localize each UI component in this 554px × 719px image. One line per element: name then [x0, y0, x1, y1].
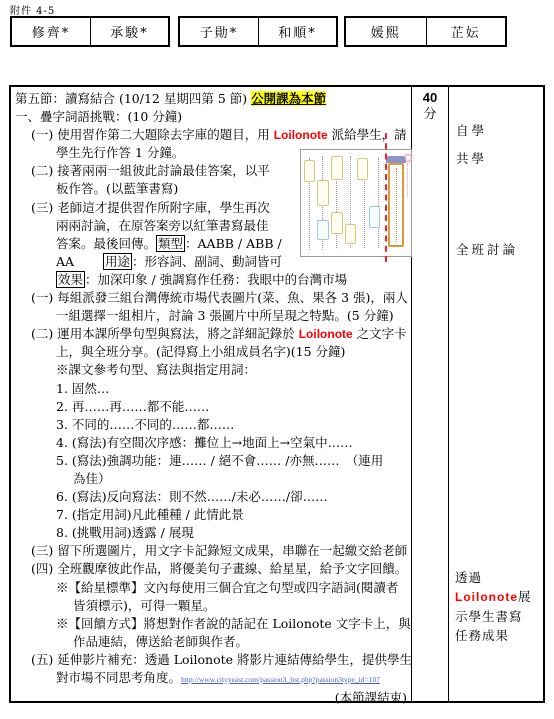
text-segment: (五) 延伸影片補充：透過 Loilonote 將影片連結傳給學生，提供學生 — [31, 652, 412, 667]
text-segment: 1. 固然… — [56, 381, 109, 396]
text-segment: 對市場不同思考角度。 — [56, 670, 181, 685]
text-segment: 7. (指定用詞)凡此種種 / 此情此景 — [56, 507, 244, 522]
boxed-term: 用途 — [103, 253, 132, 270]
text-segment: (二) 運用本課所學句型與寫法，將之詳細記錄於 — [31, 326, 299, 341]
loilonote-display-note: 透過 Loilonote展示學生書寫任務成果 — [455, 568, 535, 645]
text-segment: 2. 再……再……都不能…… — [56, 399, 209, 414]
worksheet-answer-box — [357, 158, 368, 180]
approval-box-group-3: 媛熙 芷妘 — [344, 16, 507, 47]
content-line: (五) 延伸影片補充：透過 Loilonote 將影片連結傳給學生，提供學生 — [11, 651, 411, 669]
worksheet-highlight-column — [388, 163, 404, 247]
text-segment: ：AABB / ABB / — [185, 236, 282, 251]
approval-box: 子勛* — [180, 18, 258, 45]
content-line: 5. (寫法)強調功能：連…… / 絕不會…… /亦無…… （連用 — [11, 452, 411, 470]
text-segment: (本節課結束) — [335, 690, 407, 705]
worksheet-column-text — [396, 168, 397, 242]
content-line: (三) 留下所選圖片，用文字卡記錄短文成果，串聯在一起繳交給老師 — [11, 542, 411, 560]
duration-cell: 40 分 — [412, 87, 449, 701]
content-line: 4. (寫法)有空間次序感：攤位上→地面上→空氣中…… — [11, 434, 411, 452]
text-segment: 一、疊字詞語挑戰：(10 分鐘) — [15, 109, 182, 124]
text-segment: (三) 留下所選圖片，用文字卡記錄短文成果，串聯在一起繳交給老師 — [31, 543, 407, 558]
content-line: 3. 不同的……不同的……都…… — [11, 416, 411, 434]
mode-co-learning: 共學 — [456, 149, 487, 167]
note-prefix: 透過 — [455, 570, 482, 585]
approval-box: 和順* — [258, 18, 336, 45]
content-line: 6. (寫法)反向寫法：則不然……/未必……/卻…… — [11, 488, 411, 506]
worksheet-answer-box — [331, 156, 343, 180]
brand-text: Loilonote — [299, 327, 353, 341]
red-dashed-guide-line — [385, 133, 387, 262]
content-line: 8. (挑戰用詞)透露 / 展現 — [11, 524, 411, 542]
text-segment: 3. 不同的……不同的……都…… — [56, 417, 234, 432]
lesson-plan-table: 第五節：讀寫結合 (10/12 星期四第 5 節) 公開課為本節一、疊字詞語挑戰… — [9, 85, 545, 703]
content-line: (本節課結束) — [11, 689, 411, 707]
text-segment: ：加深印象 / 強調寫作任務：我眼中的台灣市場 — [85, 272, 347, 287]
content-line: (一) 每組派發三組台灣傳統市場代表圖片(菜、魚、果各 3 張)，兩人 — [11, 289, 411, 307]
mode-self-learning: 自學 — [456, 121, 487, 139]
text-segment: (一) 使用習作第二大題除去字庫的題目，用 — [31, 127, 274, 142]
worksheet-answer-box-blue — [369, 206, 380, 228]
worksheet-text-column — [378, 158, 379, 248]
worksheet-answer-box — [304, 160, 315, 182]
content-line: 2. 再……再……都不能…… — [11, 398, 411, 416]
pink-annotation-mark — [404, 154, 412, 162]
video-resource-link[interactable]: http://www.cityyeast.com/passion3_list.p… — [181, 675, 380, 684]
content-line: 一組選擇一組相片，討論 3 張圖片中所呈現之特點。(5 分鐘) — [11, 307, 411, 325]
content-line: 上，與全班分享。(記得寫上小組成員名字)(15 分鐘) — [11, 343, 411, 361]
duration-value: 40 — [412, 89, 448, 106]
attachment-label: 附件 4-5 — [10, 2, 55, 17]
boxed-term: 效果 — [56, 271, 85, 288]
content-line: 一、疊字詞語挑戰：(10 分鐘) — [11, 108, 411, 126]
content-line: 為佳） — [11, 470, 411, 488]
text-segment: 作品連結，傳送給老師與作者。 — [73, 634, 248, 649]
brand-text: Loilonote — [274, 128, 328, 142]
content-line: ※【回饋方式】將想對作者說的話記在 Loilonote 文字卡上，與 — [11, 615, 411, 633]
text-segment: 兩兩討論，在原答案旁以紅筆書寫最佳 — [56, 218, 269, 233]
text-segment: (三) 老師這才提供習作所附字庫，學生再次 — [31, 200, 270, 215]
text-segment: 一組選擇一組相片，討論 3 張圖片中所呈現之特點。(5 分鐘) — [56, 308, 394, 323]
content-line: 對市場不同思考角度。http://www.cityyeast.com/passi… — [11, 669, 411, 689]
text-segment: (一) 每組派發三組台灣傳統市場代表圖片(菜、魚、果各 3 張)，兩人 — [31, 290, 408, 305]
text-segment: 派給學生，請 — [328, 127, 407, 142]
content-line: 效果：加深印象 / 強調寫作任務：我眼中的台灣市場 — [11, 271, 411, 289]
text-segment: ：形容詞、副詞、動詞皆可 — [132, 254, 282, 269]
content-line: (一) 使用習作第二大題除去字庫的題目，用 Loilonote 派給學生，請 — [11, 126, 411, 144]
approval-box: 媛熙 — [346, 18, 426, 45]
duration-unit: 分 — [412, 106, 448, 123]
text-segment: 之文字卡 — [353, 326, 407, 341]
approval-box: 承駿* — [90, 18, 168, 45]
content-line: 第五節：讀寫結合 (10/12 星期四第 5 節) 公開課為本節 — [11, 90, 411, 108]
text-segment: ※【回饋方式】將想對作者說的話記在 Loilonote 文字卡上，與 — [56, 616, 411, 631]
approval-box-group-2: 子勛* 和順* — [178, 16, 338, 47]
text-segment: 答案。最後回傳。 — [56, 236, 156, 251]
pink-annotation-text — [407, 163, 408, 197]
worksheet-answer-box — [331, 212, 343, 234]
worksheet-answer-box — [317, 180, 329, 206]
text-segment: 8. (挑戰用詞)透露 / 展現 — [56, 525, 194, 540]
text-segment: ※【給星標準】文內每使用三個合宜之句型或四字語詞(閱讀者 — [56, 580, 398, 595]
mode-class-discussion: 全班討論 — [456, 240, 518, 258]
text-segment: 上，與全班分享。(記得寫上小組成員名字)(15 分鐘) — [56, 344, 345, 359]
text-segment: (二) 接著兩兩一組彼此討論最佳答案，以平 — [31, 163, 270, 178]
boxed-term: 類型 — [156, 235, 185, 252]
text-segment: 為佳） — [73, 471, 111, 486]
brand-text: Loilonote — [455, 590, 518, 604]
content-line: 7. (指定用詞)凡此種種 / 此情此景 — [11, 506, 411, 524]
approval-box: 芷妘 — [426, 18, 506, 45]
content-line: (二) 運用本課所學句型與寫法，將之詳細記錄於 Loilonote 之文字卡 — [11, 325, 411, 343]
content-line: ※【給星標準】文內每使用三個合宜之句型或四字語詞(閱讀者 — [11, 579, 411, 597]
content-line: 1. 固然… — [11, 380, 411, 398]
worksheet-thumbnail-image — [300, 149, 412, 257]
content-line: 作品連結，傳送給老師與作者。 — [11, 633, 411, 651]
text-segment: 5. (寫法)強調功能：連…… / 絕不會…… /亦無…… （連用 — [56, 453, 383, 468]
content-line: ※課文參考句型、寫法與指定用詞： — [11, 361, 411, 379]
text-segment: (四) 全班觀摩彼此作品，將優美句子畫線、給星星，給予文字回饋。 — [31, 561, 407, 576]
text-segment: 6. (寫法)反向寫法：則不然……/未必……/卻…… — [56, 489, 328, 504]
worksheet-column-cap — [386, 156, 406, 163]
text-segment: AA — [56, 254, 103, 269]
text-segment: 皆須標示)，可得一顆星。 — [73, 598, 215, 613]
highlighted-text: 公開課為本節 — [251, 91, 326, 106]
text-segment: 第五節：讀寫結合 (10/12 星期四第 5 節) — [15, 91, 251, 106]
content-line: (四) 全班觀摩彼此作品，將優美句子畫線、給星星，給予文字回饋。 — [11, 560, 411, 578]
text-segment: 4. (寫法)有空間次序感：攤位上→地面上→空氣中…… — [56, 435, 353, 450]
content-line: 皆須標示)，可得一顆星。 — [11, 597, 411, 615]
lesson-plan-document: 附件 4-5 修齊* 承駿* 子勛* 和順* 媛熙 芷妘 第五節：讀寫結合 (1… — [0, 0, 554, 719]
text-segment: 學生先行作答 1 分鐘。 — [56, 145, 184, 160]
approval-box-group-1: 修齊* 承駿* — [10, 16, 170, 47]
approval-box: 修齊* — [12, 18, 90, 45]
text-segment: ※課文參考句型、寫法與指定用詞： — [56, 362, 256, 377]
worksheet-answer-box-blue — [317, 220, 329, 240]
worksheet-answer-box — [345, 224, 356, 244]
text-segment: 板作答。(以藍筆書寫) — [56, 181, 178, 196]
teaching-mode-column: 自學 共學 全班討論 透過 Loilonote展示學生書寫任務成果 — [449, 87, 543, 701]
